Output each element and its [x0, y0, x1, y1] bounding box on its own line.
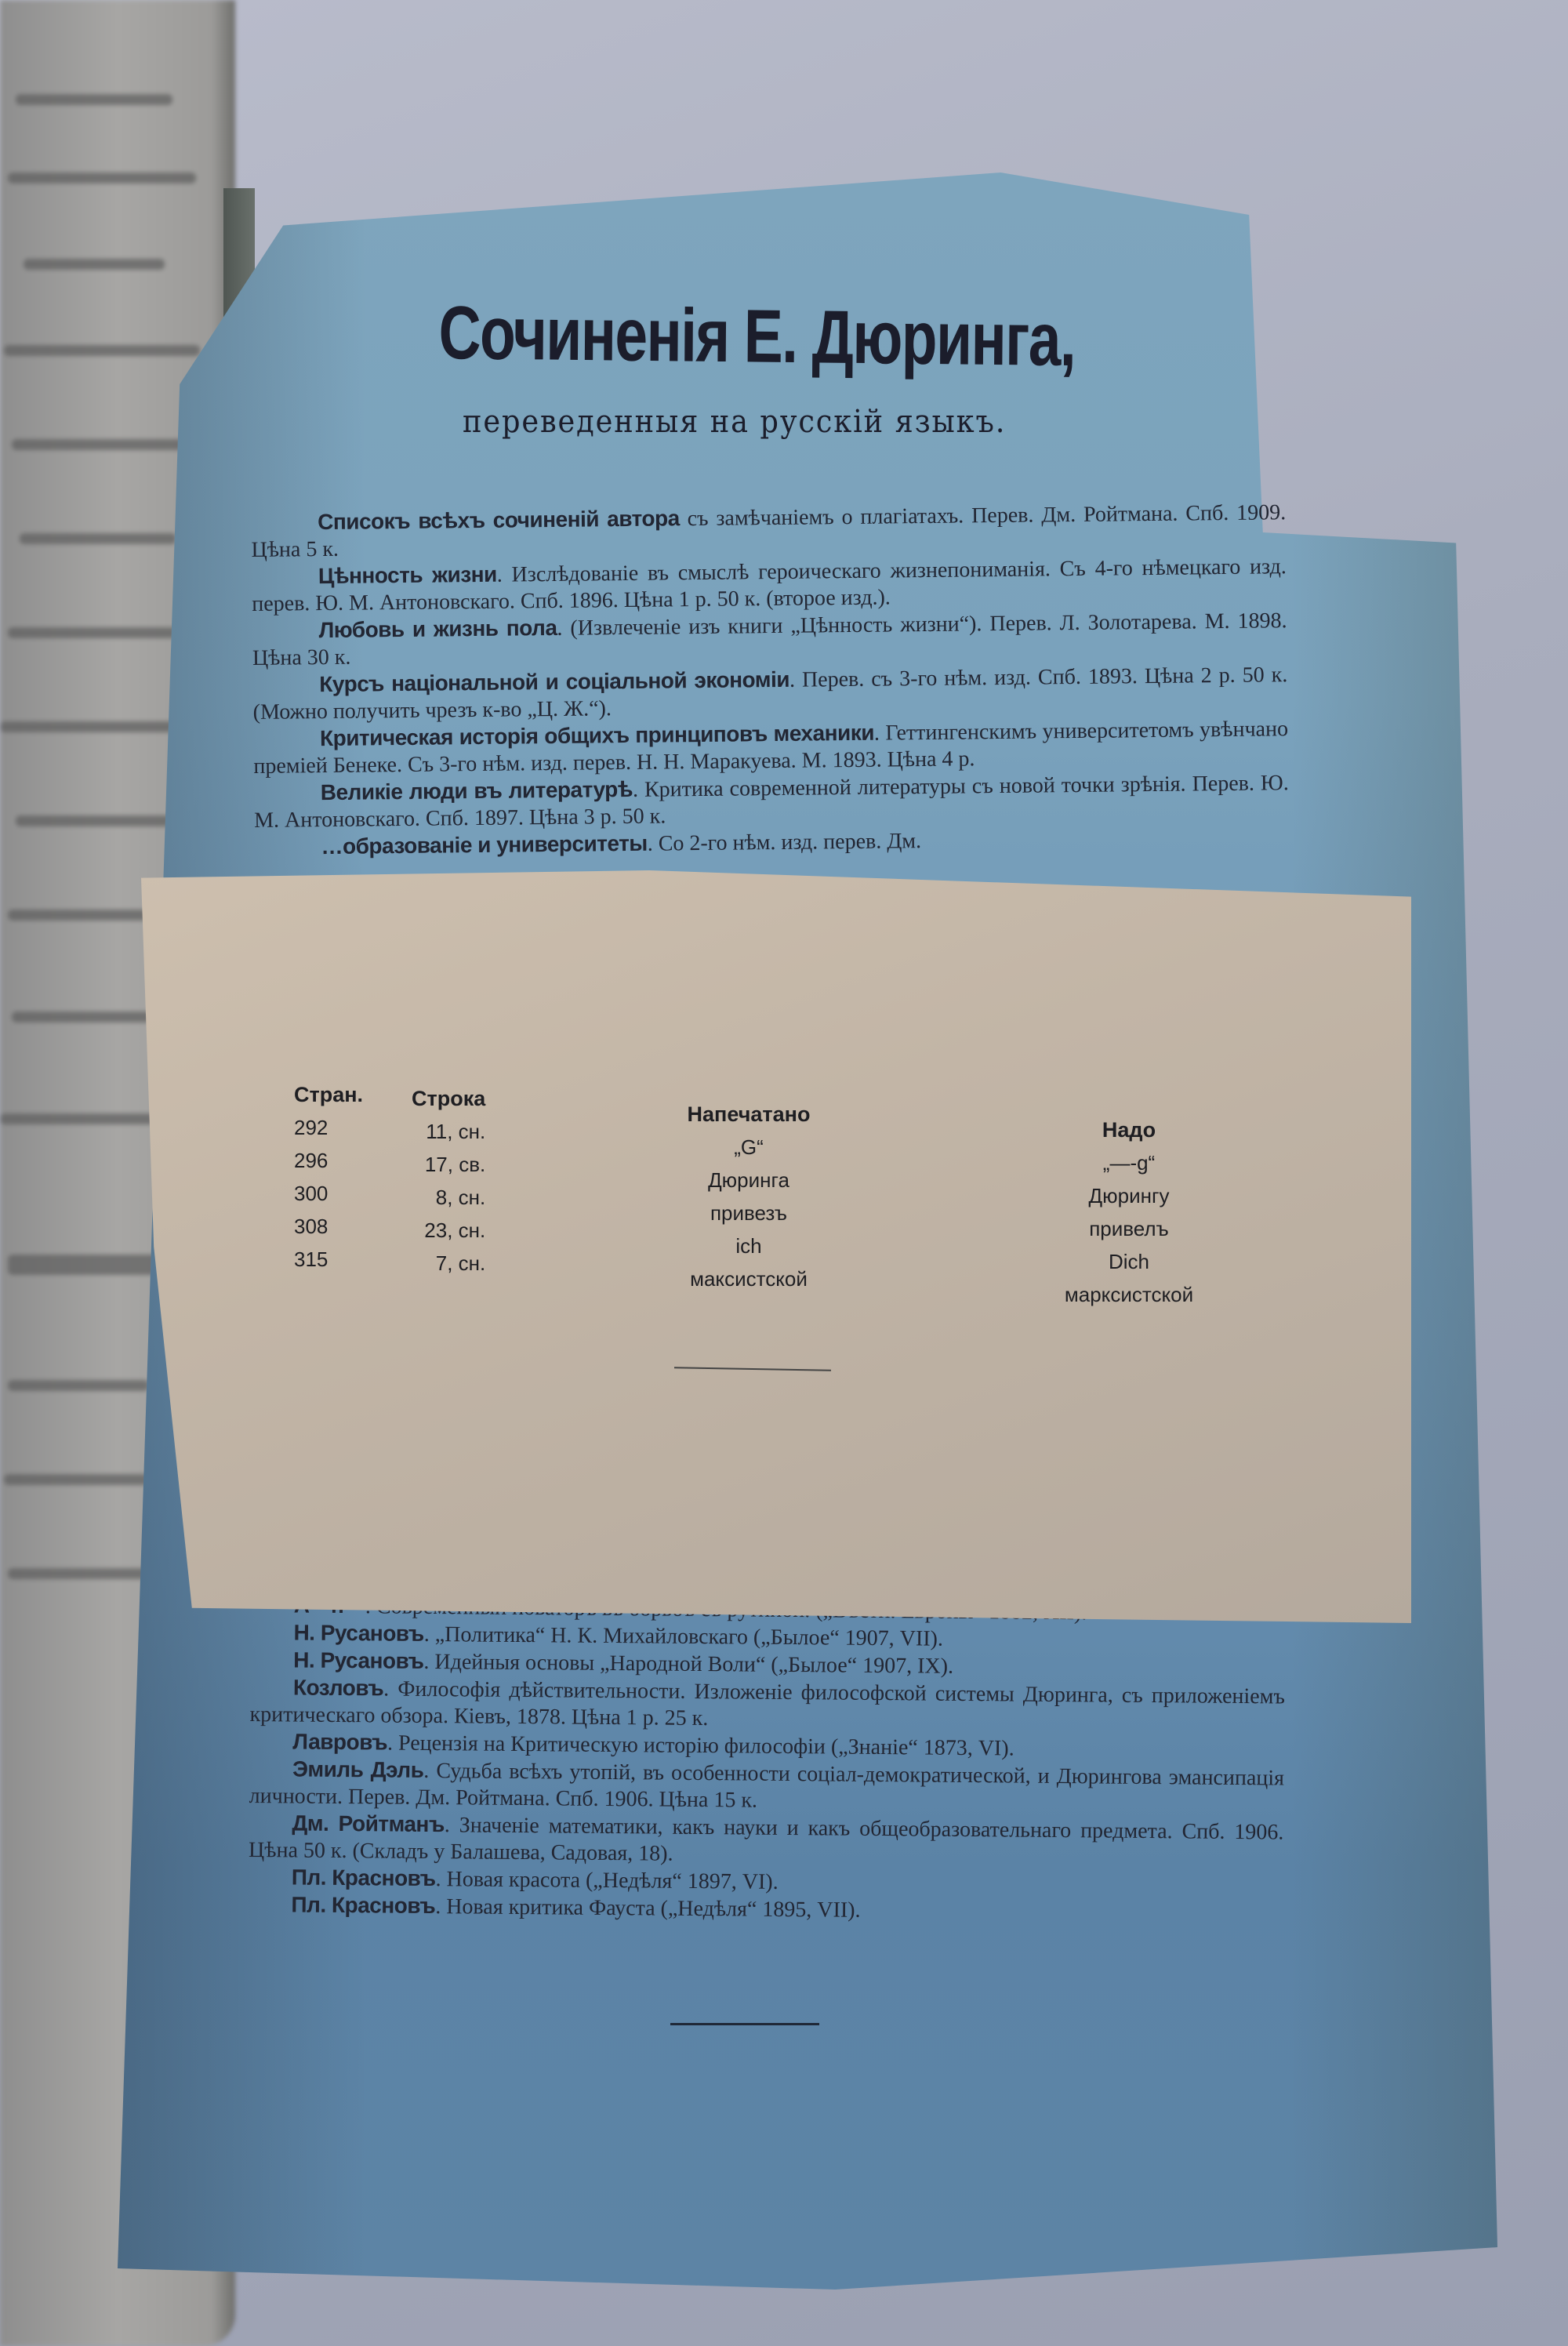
- reference-author: Лавровъ: [292, 1729, 387, 1754]
- cell-should: привелъ: [1031, 1212, 1227, 1245]
- header-printed: Напечатано: [651, 1098, 847, 1131]
- work-title: …образованіе и университеты: [321, 831, 648, 859]
- reference-details: . Философія дѣйствительности. Изложеніе …: [249, 1676, 1285, 1730]
- errata-col-printed: Напечатано „G“ Дюринга привезъ ich макси…: [651, 1098, 847, 1295]
- cell-should: Дюрингу: [1031, 1179, 1227, 1212]
- reference-author: Пл. Красновъ: [292, 1865, 436, 1890]
- cell-line: 7, сн.: [412, 1247, 485, 1280]
- work-title: Любовь и жизнь пола: [318, 616, 557, 642]
- page-title: Сочиненія Е. Дюринга,: [438, 290, 1075, 383]
- reference-author: Эмиль Дэль: [292, 1756, 424, 1781]
- reference-details: . Новая красота („Недѣля“ 1897, VI).: [435, 1867, 778, 1894]
- cell-page: 296: [294, 1144, 363, 1177]
- reference-author: Пл. Красновъ: [291, 1892, 435, 1918]
- work-title: Списокъ всѣхъ сочиненій автора: [318, 506, 680, 534]
- page-subtitle: переведенныя на русскій языкъ.: [463, 404, 1006, 440]
- cell-line: 8, сн.: [412, 1181, 485, 1214]
- cell-printed: привезъ: [651, 1197, 847, 1229]
- header-should: Надо: [1031, 1113, 1227, 1146]
- cell-printed: „G“: [651, 1131, 847, 1164]
- errata-col-page: Стран. 292 296 300 308 315: [294, 1078, 363, 1276]
- reference-author: Козловъ: [293, 1675, 384, 1700]
- work-title: Великіе люди въ литературѣ: [321, 777, 633, 804]
- reference-details: . Новая критика Фауста („Недѣля“ 1895, V…: [435, 1894, 861, 1923]
- reference-author: Дм. Ройтманъ: [292, 1810, 445, 1836]
- reference-entry: Козловъ. Философія дѣйствительности. Изл…: [249, 1674, 1285, 1738]
- end-divider: [670, 2023, 819, 2025]
- header-line: Строка: [412, 1082, 485, 1115]
- reference-details: . Рецензія на Критическую исторію филосо…: [387, 1731, 1014, 1761]
- cell-should: марксистской: [1031, 1278, 1227, 1311]
- cell-page: 308: [294, 1210, 363, 1243]
- cell-page: 292: [294, 1111, 363, 1144]
- reference-details: . „Политика“ Н. К. Михайловскаго („Былое…: [424, 1622, 943, 1651]
- cell-page: 315: [294, 1243, 363, 1276]
- header-page: Стран.: [294, 1078, 363, 1111]
- work-title: Курсъ національной и соціальной экономіи: [319, 667, 789, 696]
- cell-printed: ich: [651, 1229, 847, 1262]
- work-details: . Со 2-го нѣм. изд. перев. Дм.: [648, 829, 922, 856]
- cell-should: Dich: [1031, 1245, 1227, 1278]
- errata-table: Стран. 292 296 300 308 315 Строка 11, сн…: [141, 870, 1411, 1623]
- cell-printed: максистской: [651, 1262, 847, 1295]
- literature-about-list: А—н—. Современный новаторъ въ борьбѣ съ …: [248, 1592, 1286, 1928]
- errata-col-line: Строка 11, сн. 17, св. 8, сн. 23, сн. 7,…: [412, 1082, 485, 1280]
- work-title: Критическая исторія общихъ принциповъ ме…: [320, 721, 874, 750]
- reference-author: Н. Русановъ: [293, 1620, 424, 1645]
- cell-page: 300: [294, 1177, 363, 1210]
- reference-entry: Эмиль Дэль. Судьба всѣхъ утопій, въ особ…: [249, 1756, 1285, 1819]
- cell-line: 17, св.: [412, 1148, 485, 1181]
- works-list: Списокъ всѣхъ сочиненій автора съ замѣча…: [251, 499, 1290, 862]
- cell-line: 11, сн.: [412, 1115, 485, 1148]
- cell-printed: Дюринга: [651, 1164, 847, 1197]
- work-title: Цѣнность жизни: [318, 562, 497, 588]
- reference-author: Н. Русановъ: [293, 1647, 424, 1672]
- errata-col-should: Надо „—-g“ Дюрингу привелъ Dich марксист…: [1031, 1113, 1227, 1311]
- cell-line: 23, сн.: [412, 1214, 485, 1247]
- reference-entry: Дм. Ройтманъ. Значеніе математики, какъ …: [249, 1810, 1284, 1873]
- reference-details: . Идейныя основы „Народной Воли“ („Былое…: [423, 1650, 953, 1679]
- cell-should: „—-g“: [1031, 1146, 1227, 1179]
